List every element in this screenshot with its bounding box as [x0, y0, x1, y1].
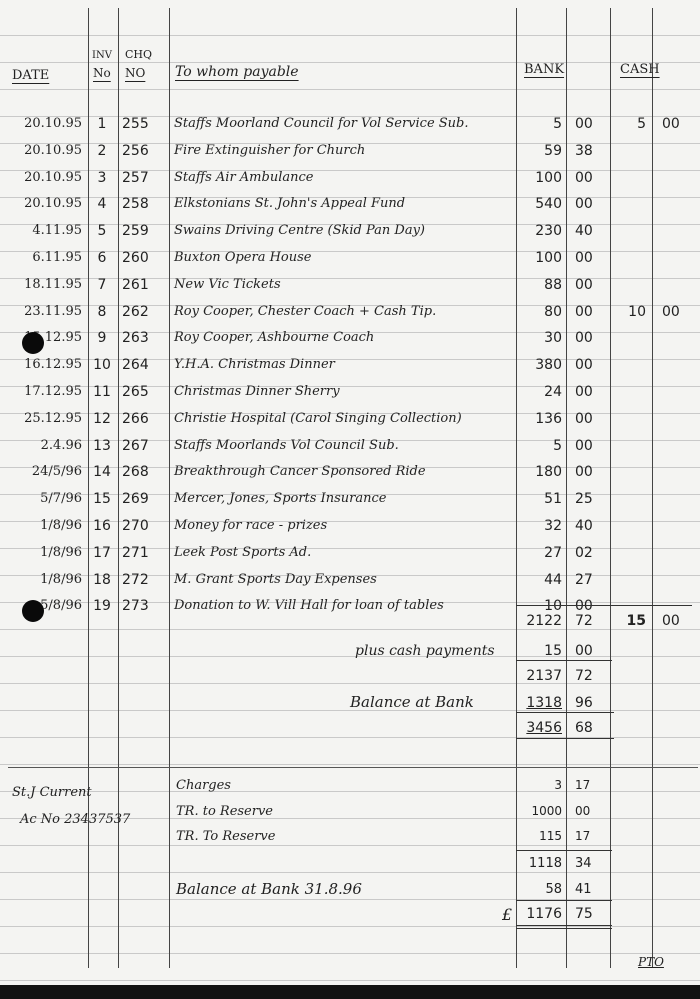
account-balance-pence: 41	[575, 882, 592, 897]
final-pence: 75	[575, 906, 593, 922]
row-payee: Roy Cooper, Ashbourne Coach	[174, 330, 374, 345]
subtotal-bank-pounds: 2122	[516, 613, 562, 629]
row-bank-pounds: 51	[516, 491, 562, 507]
row-payee: Money for race - prizes	[174, 518, 327, 533]
row-bank-pence: 00	[575, 438, 593, 454]
row-cash-pounds: 5	[610, 116, 646, 132]
row-date: 4.11.95	[12, 223, 82, 238]
row-chq-no: 266	[122, 411, 149, 427]
row-bank-pounds: 380	[516, 357, 562, 373]
row-payee: M. Grant Sports Day Expenses	[174, 572, 377, 587]
row-bank-pounds: 24	[516, 384, 562, 400]
total-rule	[516, 660, 612, 661]
row-date: 1/8/96	[12, 572, 82, 587]
row-bank-pounds: 100	[516, 170, 562, 186]
row-bank-pounds: 5	[516, 438, 562, 454]
row-bank-pounds: 32	[516, 518, 562, 534]
row-inv-no: 9	[90, 330, 114, 346]
row-chq-no: 264	[122, 357, 149, 373]
row-chq-no: 256	[122, 143, 149, 159]
pto-note: PTO	[638, 955, 664, 969]
header-bank: BANK	[524, 62, 564, 77]
row-inv-no: 15	[90, 491, 114, 507]
row-inv-no: 19	[90, 598, 114, 614]
grand-total-pounds: 3456	[516, 720, 562, 736]
currency-symbol: £	[502, 905, 512, 924]
header-date: DATE	[12, 68, 49, 83]
row-payee: Y.H.A. Christmas Dinner	[174, 357, 335, 372]
header-inv-bottom: No	[93, 66, 111, 80]
grand-total-pence: 68	[575, 720, 593, 736]
account-line-pence: 17	[575, 778, 590, 792]
row-bank-pounds: 5	[516, 116, 562, 132]
header-payee: To whom payable	[175, 64, 299, 80]
row-cash-pence: 00	[662, 116, 680, 132]
row-inv-no: 5	[90, 223, 114, 239]
row-chq-no: 273	[122, 598, 149, 614]
account-line-pounds: 1000	[516, 804, 562, 818]
row-date: 6.11.95	[12, 250, 82, 265]
row-bank-pounds: 44	[516, 572, 562, 588]
row-bank-pounds: 59	[516, 143, 562, 159]
account-line-label: TR. To Reserve	[176, 829, 275, 844]
row-bank-pence: 02	[575, 545, 593, 561]
row-bank-pence: 00	[575, 598, 593, 614]
row-date: 20.10.95	[12, 196, 82, 211]
row-bank-pence: 00	[575, 411, 593, 427]
account-subtotal-pence: 34	[575, 856, 592, 871]
row-date: 23.11.95	[12, 304, 82, 319]
account-line-label: TR. to Reserve	[176, 804, 273, 819]
row-date: 5/7/96	[12, 491, 82, 506]
row-inv-no: 4	[90, 196, 114, 212]
account-name: St.J Current	[12, 785, 92, 800]
row-inv-no: 14	[90, 464, 114, 480]
row-inv-no: 1	[90, 116, 114, 132]
row-inv-no: 8	[90, 304, 114, 320]
row-date: 1/8/96	[12, 545, 82, 560]
row-chq-no: 270	[122, 518, 149, 534]
total-rule	[516, 605, 692, 606]
row-date: 20.10.95	[12, 170, 82, 185]
row-bank-pounds: 88	[516, 277, 562, 293]
section-divider	[8, 767, 698, 768]
row-payee: Mercer, Jones, Sports Insurance	[174, 491, 386, 506]
column-rule	[652, 8, 653, 968]
balance-at-bank-label: Balance at Bank	[350, 693, 474, 711]
account-line-pounds: 3	[516, 778, 562, 792]
row-bank-pence: 00	[575, 116, 593, 132]
subtotal-cash-pounds: 15	[610, 613, 646, 629]
subtotal-bank-pence: 72	[575, 613, 593, 629]
header-cash: CASH	[620, 62, 660, 77]
row-payee: Staffs Moorlands Vol Council Sub.	[174, 438, 399, 453]
row-bank-pounds: 27	[516, 545, 562, 561]
row-bank-pence: 00	[575, 330, 593, 346]
account-line-pounds: 115	[516, 829, 562, 843]
plus-cash-pence: 00	[575, 643, 593, 659]
row-payee: Leek Post Sports Ad.	[174, 545, 311, 560]
row-bank-pounds: 30	[516, 330, 562, 346]
row-bank-pence: 00	[575, 170, 593, 186]
row-payee: Fire Extinguisher for Church	[174, 143, 365, 158]
column-rule	[566, 8, 567, 968]
row-chq-no: 261	[122, 277, 149, 293]
row-chq-no: 262	[122, 304, 149, 320]
row-payee: Staffs Air Ambulance	[174, 170, 313, 185]
row-inv-no: 11	[90, 384, 114, 400]
row-bank-pence: 25	[575, 491, 593, 507]
row-payee: Christie Hospital (Carol Singing Collect…	[174, 411, 462, 426]
row-inv-no: 7	[90, 277, 114, 293]
balance-pounds: 1318	[516, 695, 562, 711]
row-date: 17.12.95	[12, 384, 82, 399]
row-chq-no: 268	[122, 464, 149, 480]
row-bank-pounds: 10	[516, 598, 562, 614]
row-payee: Swains Driving Centre (Skid Pan Day)	[174, 223, 425, 238]
row-date: 20.10.95	[12, 116, 82, 131]
row-inv-no: 12	[90, 411, 114, 427]
punch-hole	[22, 600, 44, 622]
row-chq-no: 271	[122, 545, 149, 561]
account-number: Ac No 23437537	[20, 812, 130, 827]
row-chq-no: 265	[122, 384, 149, 400]
row-inv-no: 6	[90, 250, 114, 266]
account-subtotal-pounds: 1118	[516, 856, 562, 871]
row-chq-no: 260	[122, 250, 149, 266]
row-date: 18.11.95	[12, 277, 82, 292]
row-date: 25.12.95	[12, 411, 82, 426]
total-rule	[516, 900, 612, 901]
page-edge-shadow	[0, 985, 700, 999]
row-inv-no: 10	[90, 357, 114, 373]
row-date: 1/8/96	[12, 518, 82, 533]
row-chq-no: 269	[122, 491, 149, 507]
row-chq-no: 255	[122, 116, 149, 132]
row-bank-pence: 00	[575, 250, 593, 266]
plus-cash-pounds: 15	[516, 643, 562, 659]
row-chq-no: 267	[122, 438, 149, 454]
row-payee: Staffs Moorland Council for Vol Service …	[174, 116, 469, 131]
final-pounds: 1176	[516, 906, 562, 922]
row-chq-no: 257	[122, 170, 149, 186]
row-inv-no: 18	[90, 572, 114, 588]
row-bank-pounds: 136	[516, 411, 562, 427]
row-payee: Buxton Opera House	[174, 250, 311, 265]
row-bank-pence: 40	[575, 518, 593, 534]
column-rule	[169, 8, 170, 968]
row-chq-no: 258	[122, 196, 149, 212]
row-bank-pence: 00	[575, 464, 593, 480]
row-date: 24/5/96	[12, 464, 82, 479]
row-payee: Roy Cooper, Chester Coach + Cash Tip.	[174, 304, 436, 319]
row-chq-no: 272	[122, 572, 149, 588]
subtotal-cash-pence: 00	[662, 613, 680, 629]
row-chq-no: 263	[122, 330, 149, 346]
total-pence: 72	[575, 668, 593, 684]
row-chq-no: 259	[122, 223, 149, 239]
column-rule	[610, 8, 611, 968]
row-inv-no: 2	[90, 143, 114, 159]
account-line-pence: 00	[575, 804, 590, 818]
row-bank-pence: 00	[575, 357, 593, 373]
row-bank-pounds: 540	[516, 196, 562, 212]
total-rule	[516, 928, 612, 929]
row-bank-pence: 27	[575, 572, 593, 588]
total-rule	[516, 738, 614, 739]
row-date: 2.4.96	[12, 438, 82, 453]
row-inv-no: 3	[90, 170, 114, 186]
total-pounds: 2137	[516, 668, 562, 684]
row-inv-no: 17	[90, 545, 114, 561]
row-date: 16.12.95	[12, 357, 82, 372]
account-line-pence: 17	[575, 829, 590, 843]
row-payee: Breakthrough Cancer Sponsored Ride	[174, 464, 426, 479]
header-chq-top: CHQ	[125, 48, 152, 61]
balance-pence: 96	[575, 695, 593, 711]
row-bank-pence: 00	[575, 196, 593, 212]
row-date: 20.10.95	[12, 143, 82, 158]
total-rule	[516, 850, 612, 851]
row-bank-pounds: 100	[516, 250, 562, 266]
total-rule	[516, 712, 614, 713]
plus-cash-label: plus cash payments	[355, 643, 495, 659]
account-balance-pounds: 58	[516, 882, 562, 897]
ledger-page: DATE INV No CHQ NO To whom payable BANK …	[0, 0, 700, 985]
row-bank-pounds: 180	[516, 464, 562, 480]
row-inv-no: 16	[90, 518, 114, 534]
header-chq-bottom: NO	[125, 66, 145, 80]
header-inv-top: INV	[92, 50, 112, 61]
row-cash-pounds: 10	[610, 304, 646, 320]
row-bank-pence: 40	[575, 223, 593, 239]
row-bank-pence: 00	[575, 277, 593, 293]
total-rule	[516, 925, 612, 926]
row-bank-pounds: 80	[516, 304, 562, 320]
row-payee: Elkstonians St. John's Appeal Fund	[174, 196, 405, 211]
row-bank-pounds: 230	[516, 223, 562, 239]
row-payee: Christmas Dinner Sherry	[174, 384, 340, 399]
row-payee: New Vic Tickets	[174, 277, 281, 292]
row-payee: Donation to W. Vill Hall for loan of tab…	[174, 598, 444, 613]
row-cash-pence: 00	[662, 304, 680, 320]
account-line-label: Charges	[176, 778, 231, 793]
row-bank-pence: 00	[575, 384, 593, 400]
punch-hole	[22, 332, 44, 354]
account-balance-label: Balance at Bank 31.8.96	[176, 880, 362, 898]
row-bank-pence: 38	[575, 143, 593, 159]
row-bank-pence: 00	[575, 304, 593, 320]
row-inv-no: 13	[90, 438, 114, 454]
